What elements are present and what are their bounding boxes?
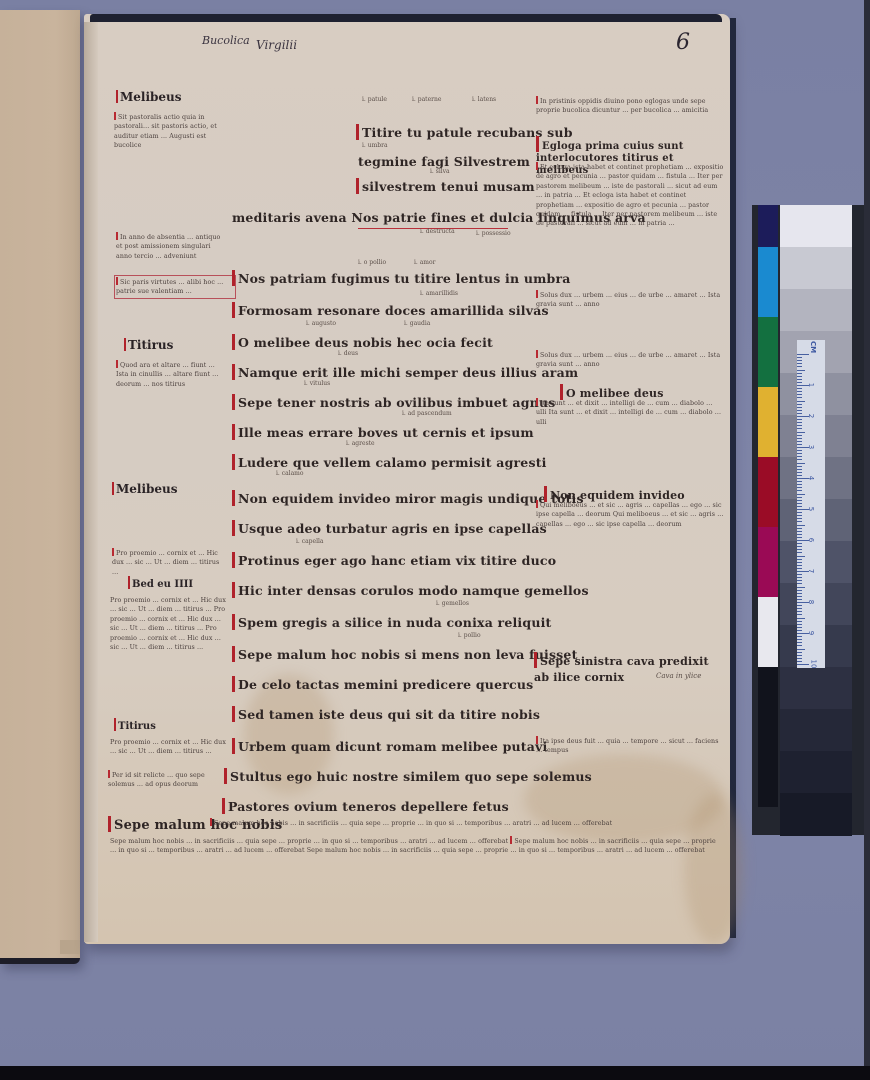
cm-ruler: CM 12345678910 <box>797 340 825 668</box>
verse-line: Hic inter densas corulos modo namque gem… <box>232 582 589 598</box>
ruler-tick <box>797 401 805 402</box>
interlinear-note: i. amarillidis <box>420 290 458 297</box>
ruler-tick <box>797 497 802 498</box>
ruler-tick <box>797 360 802 361</box>
ruler-tick <box>797 621 802 622</box>
ruler-tick <box>797 652 802 653</box>
interlinear-note: i. paterne <box>412 96 441 103</box>
interlinear-note: i. deus <box>338 350 358 357</box>
ruler-tick <box>797 552 802 553</box>
ruler-number: 9 <box>807 631 815 635</box>
ruler-number: 10 <box>809 660 817 669</box>
ruler-tick <box>797 413 802 414</box>
ruler-tick <box>797 537 802 538</box>
leaf-top-edge <box>90 14 722 22</box>
color-swatch <box>758 527 778 597</box>
color-swatch <box>758 317 778 387</box>
leaf-right-edge <box>730 18 736 938</box>
ruler-tick <box>797 500 802 501</box>
frame-right-edge <box>864 0 870 1080</box>
ruler-number: 7 <box>807 569 815 573</box>
ruler-tick <box>797 453 802 454</box>
ruler-tick <box>797 370 805 371</box>
title-note-virgilii: Virgilii <box>256 38 297 52</box>
ruler-tick <box>797 543 802 544</box>
verse-line: Pastores ovium teneros depellere fetus <box>222 798 509 814</box>
ruler-tick <box>797 435 802 436</box>
ruler-unit-label: CM <box>809 341 817 353</box>
ruler-tick <box>797 490 802 491</box>
ruler-number: 4 <box>807 476 815 480</box>
ruler-tick <box>797 463 805 464</box>
ruler-tick <box>797 642 802 643</box>
gloss-left-top: Sit pastoralis actio quia in pastorali..… <box>114 112 226 151</box>
ruler-tick <box>797 596 802 597</box>
interlinear-note: i. destructa <box>420 228 455 235</box>
verse-line: Protinus eger ago hanc etiam vix titire … <box>232 552 556 568</box>
ruler-tick <box>797 428 802 429</box>
verse-line: O melibee deus nobis hec ocia fecit <box>232 334 493 350</box>
ruler-tick <box>797 391 802 392</box>
ruler-tick <box>797 444 802 445</box>
ruler-number: 5 <box>807 507 815 511</box>
interlinear-note: i. ad pascendum <box>402 410 452 417</box>
verse-line: silvestrem tenui musam <box>356 178 535 194</box>
ruler-tick <box>797 388 802 389</box>
color-swatch <box>758 667 778 807</box>
ruler-tick <box>797 580 802 581</box>
color-swatch <box>758 457 778 527</box>
verse-line: Stultus ego huic nostre similem quo sepe… <box>224 768 592 784</box>
interlinear-note: i. augusto <box>306 320 336 327</box>
interlinear-note: i. pollio <box>458 632 481 639</box>
gloss-left-lower-block: Pro proemio ... cornix et ... Hic dux ..… <box>110 596 226 708</box>
ruler-tick <box>797 590 802 591</box>
ruler-tick <box>797 425 802 426</box>
color-swatch <box>758 247 778 317</box>
gloss-right-noneq: Qui meliboeus ... et sic ... agris ... c… <box>536 500 724 529</box>
ruler-tick <box>797 459 802 460</box>
gloss-right-mid-2: Solus dux ... urbem ... eius ... de urbe… <box>536 350 724 370</box>
ruler-tick <box>797 624 802 625</box>
interlinear-note: i. capella <box>296 538 323 545</box>
ruler-tick <box>797 661 802 662</box>
verse-line: De celo tactas memini predicere quercus <box>232 676 533 692</box>
ruler-tick <box>797 559 802 560</box>
verse-line: Sepe malum hoc nobis si mens non leva fu… <box>232 646 578 662</box>
gloss-left-mid: In anno de absentia ... antiquo et post … <box>116 232 226 261</box>
interlinear-note: i. vitulus <box>304 380 330 387</box>
ruler-tick <box>797 645 802 646</box>
gloss-left-tityrus: Quod ara et altare ... fiunt ... Ista in… <box>116 360 228 389</box>
verse-line: Usque adeo turbatur agris en ipse capell… <box>232 520 547 536</box>
interlinear-note: i. umbra <box>362 142 388 149</box>
ruler-tick <box>797 528 802 529</box>
ruler-tick <box>797 618 805 619</box>
left-facing-board <box>0 10 80 964</box>
interlinear-note: i. silva <box>430 168 450 175</box>
ruler-tick <box>797 382 802 383</box>
ruler-tick <box>797 577 802 578</box>
ruler-tick <box>797 506 802 507</box>
ruler-tick <box>797 531 802 532</box>
ruler-tick <box>797 636 802 637</box>
gray-step <box>780 247 852 290</box>
gloss-left-lower-block-2: Pro proemio ... cornix et ... Hic dux ..… <box>110 738 226 772</box>
verse-line: Spem gregis a silice in nuda conixa reli… <box>232 614 552 630</box>
ruler-tick <box>797 373 802 374</box>
folio-number: 6 <box>676 30 690 55</box>
board-corner <box>60 940 80 954</box>
frame-bottom-edge <box>0 1066 870 1080</box>
ruler-tick <box>797 525 805 526</box>
verse-line: Sed tamen iste deus qui sit da titire no… <box>232 706 540 722</box>
ruler-tick <box>797 630 802 631</box>
verse-line: Nos patriam fugimus tu titire lentus in … <box>232 270 571 286</box>
gloss-right-top: In pristinis oppidis diuino pono eglogas… <box>536 96 724 116</box>
ruler-tick <box>797 565 802 566</box>
ruler-tick <box>797 472 802 473</box>
speaker-note: Bed eu IIII <box>128 576 193 590</box>
ruler-tick <box>797 562 802 563</box>
ruler-tick <box>797 639 802 640</box>
speaker-meliboeus: Melibeus <box>112 482 178 496</box>
ruler-tick <box>797 357 802 358</box>
ruler-number: 6 <box>807 538 815 542</box>
ruler-tick <box>797 599 802 600</box>
gloss-bottom: Sepe malum hoc nobis ... in sacrificiis … <box>210 818 720 828</box>
ruler-tick <box>797 534 802 535</box>
gloss-right-omelibee: Ita sunt ... et dixit ... intelligi de .… <box>536 398 724 427</box>
ruler-tick <box>797 379 802 380</box>
gray-step <box>780 793 852 836</box>
ruler-tick <box>797 546 802 547</box>
ruler-tick <box>797 410 802 411</box>
ruler-tick <box>797 366 802 367</box>
color-swatch <box>758 205 778 247</box>
ruler-number: 2 <box>807 414 815 418</box>
ruler-tick <box>797 605 802 606</box>
verse-line: Urbem quam dicunt romam melibee putavi <box>232 738 547 754</box>
ruler-tick <box>797 456 802 457</box>
ruler-tick <box>797 432 805 433</box>
gutter-shadow <box>84 22 98 942</box>
marginal-note-cava: Cava in ylice <box>656 672 701 680</box>
title-note-bucolica: Bucolica <box>202 34 250 47</box>
ruler-tick <box>797 481 802 482</box>
interlinear-note: i. agreste <box>346 440 375 447</box>
verse-line: Sepe tener nostris ab ovilibus imbuet ag… <box>232 394 555 410</box>
ruler-tick <box>797 611 802 612</box>
interlinear-note: i. o pollio <box>358 259 386 266</box>
gloss-right-sepe: Ita ipse deus fuit ... quia ... tempore … <box>536 736 724 756</box>
ruler-tick <box>797 556 805 557</box>
ruler-tick <box>797 397 802 398</box>
interlinear-note: i. patule <box>362 96 387 103</box>
ruler-tick <box>797 441 802 442</box>
gloss-right-mid: Solus dux ... urbem ... eius ... de urbe… <box>536 290 724 310</box>
interlinear-note: i. calamo <box>276 470 303 477</box>
gray-step <box>780 751 852 794</box>
gloss-left-lower: Pro proemio ... cornix et ... Hic dux ..… <box>112 548 226 577</box>
ruler-tick <box>797 394 802 395</box>
gloss-left-boxed: Sic paris virtutes ... alibi hoc ... pat… <box>114 275 236 299</box>
ruler-tick <box>797 363 802 364</box>
speaker-tityrus: Titirus <box>124 338 173 352</box>
ruler-tick <box>797 422 802 423</box>
ruler-tick <box>797 515 802 516</box>
ruler-tick <box>797 475 802 476</box>
gray-step <box>780 289 852 332</box>
ruler-tick <box>797 494 805 495</box>
ruler-number: 8 <box>807 600 815 604</box>
gloss-left-bottom: Per id sit relicte ... quo sepe solemus … <box>108 770 226 790</box>
verse-line: tegmine fagi Silvestrem <box>358 154 530 169</box>
ruler-tick <box>797 512 802 513</box>
ruler-tick <box>797 627 802 628</box>
ruler-tick <box>797 466 802 467</box>
interlinear-note: i. latens <box>472 96 496 103</box>
interlinear-note: i. gaudia <box>404 320 430 327</box>
ruler-tick <box>797 503 802 504</box>
verse-line: Non equidem invideo miror magis undique … <box>232 490 584 506</box>
ruler-number: 1 <box>807 383 815 387</box>
ruler-tick <box>797 438 802 439</box>
speaker-tityrus: Titirus <box>114 718 156 732</box>
ruler-tick <box>797 593 802 594</box>
ruler-tick <box>797 518 802 519</box>
verse-line: Namque erit ille michi semper deus illiu… <box>232 364 578 380</box>
interlinear-note: i. amor <box>414 259 435 266</box>
gray-step <box>780 205 852 248</box>
ruler-tick <box>797 568 802 569</box>
ruler-tick <box>797 521 802 522</box>
ruler-tick <box>797 407 802 408</box>
speaker-meliboeus: Melibeus <box>116 90 182 104</box>
ruler-tick <box>797 664 809 665</box>
ruler-tick <box>797 649 805 650</box>
ruler-tick <box>797 587 805 588</box>
ruler-tick <box>797 549 802 550</box>
color-swatch <box>758 387 778 457</box>
ruler-number: 3 <box>807 445 815 449</box>
ruler-tick <box>797 583 802 584</box>
ruler-tick <box>797 376 802 377</box>
ruler-tick <box>797 450 802 451</box>
verse-line: Ille meas errare boves ut cernis et ipsu… <box>232 424 534 440</box>
ruler-tick <box>797 404 802 405</box>
gloss-right-intro: Et ecloga ista habet et continet prophet… <box>536 162 724 229</box>
ruler-tick <box>797 608 802 609</box>
verse-line: Ludere que vellem calamo permisit agrest… <box>232 454 547 470</box>
lemma-sepe-sinistra: Sepe sinistra cava predixit ab ilice cor… <box>534 652 720 686</box>
ruler-tick <box>797 487 802 488</box>
ruler-tick <box>797 655 802 656</box>
ruler-tick <box>797 574 802 575</box>
color-swatch <box>758 597 778 667</box>
ruler-tick <box>797 469 802 470</box>
ruler-tick <box>797 658 802 659</box>
ruler-tick <box>797 484 802 485</box>
gray-step <box>780 667 852 710</box>
gray-step <box>780 709 852 752</box>
water-stain <box>684 794 744 944</box>
ruler-tick <box>797 354 809 355</box>
interlinear-note: i. gemellos <box>436 600 469 607</box>
gloss-bottom-continued: Sepe malum hoc nobis ... in sacrificiis … <box>110 836 720 856</box>
interlinear-note: i. possessio <box>476 230 511 237</box>
ruler-tick <box>797 419 802 420</box>
ruler-tick <box>797 614 802 615</box>
verse-line: Formosam resonare doces amarillida silva… <box>232 302 549 318</box>
